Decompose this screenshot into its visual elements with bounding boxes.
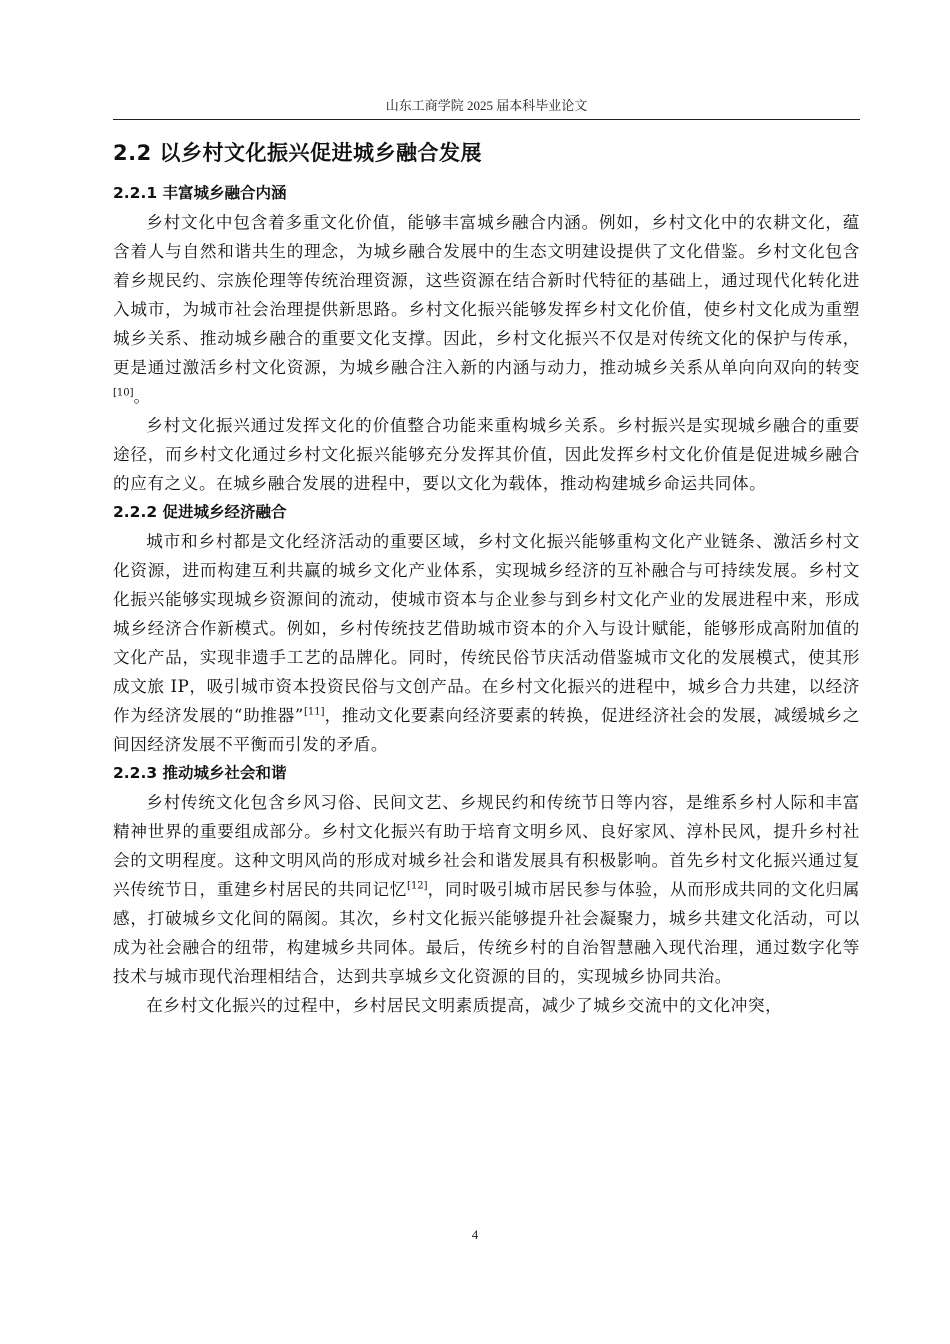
citation-ref: [11]: [304, 706, 325, 717]
document-page: 山东工商学院 2025 届本科毕业论文 2.2 以乡村文化振兴促进城乡融合发展 …: [0, 0, 950, 1344]
body-paragraph: 在乡村文化振兴的过程中，乡村居民文明素质提高，减少了城乡交流中的文化冲突，: [113, 991, 860, 1020]
paragraph-text: 城市和乡村都是文化经济活动的重要区域，乡村文化振兴能够重构文化产业链条、激活乡村…: [113, 532, 860, 725]
body-paragraph: 乡村文化中包含着多重文化价值，能够丰富城乡融合内涵。例如，乡村文化中的农耕文化，…: [113, 208, 860, 411]
paragraph-text-tail: 。: [134, 387, 151, 406]
citation-ref: [12]: [407, 880, 428, 891]
paragraph-text: 在乡村文化振兴的过程中，乡村居民文明素质提高，减少了城乡交流中的文化冲突，: [146, 996, 782, 1015]
subsection-2-2-1: 2.2.1 丰富城乡融合内涵 乡村文化中包含着多重文化价值，能够丰富城乡融合内涵…: [113, 179, 860, 498]
running-header: 山东工商学院 2025 届本科毕业论文: [113, 98, 860, 114]
subsection-title: 2.2.2 促进城乡经济融合: [113, 498, 860, 527]
paragraph-text: 乡村文化振兴通过发挥文化的价值整合功能来重构城乡关系。乡村振兴是实现城乡融合的重…: [113, 416, 860, 493]
page-content: 2.2 以乡村文化振兴促进城乡融合发展 2.2.1 丰富城乡融合内涵 乡村文化中…: [113, 137, 860, 1020]
citation-ref: [10]: [113, 387, 134, 398]
body-paragraph: 乡村文化振兴通过发挥文化的价值整合功能来重构城乡关系。乡村振兴是实现城乡融合的重…: [113, 411, 860, 498]
header-divider: [113, 119, 860, 120]
paragraph-text: 乡村文化中包含着多重文化价值，能够丰富城乡融合内涵。例如，乡村文化中的农耕文化，…: [113, 213, 860, 377]
page-number: 4: [0, 1227, 950, 1243]
subsection-title: 2.2.1 丰富城乡融合内涵: [113, 179, 860, 208]
body-paragraph: 乡村传统文化包含乡风习俗、民间文艺、乡规民约和传统节日等内容，是维系乡村人际和丰…: [113, 788, 860, 991]
subsection-title: 2.2.3 推动城乡社会和谐: [113, 759, 860, 788]
section-title: 2.2 以乡村文化振兴促进城乡融合发展: [113, 137, 860, 169]
body-paragraph: 城市和乡村都是文化经济活动的重要区域，乡村文化振兴能够重构文化产业链条、激活乡村…: [113, 527, 860, 759]
subsection-2-2-3: 2.2.3 推动城乡社会和谐 乡村传统文化包含乡风习俗、民间文艺、乡规民约和传统…: [113, 759, 860, 1020]
subsection-2-2-2: 2.2.2 促进城乡经济融合 城市和乡村都是文化经济活动的重要区域，乡村文化振兴…: [113, 498, 860, 759]
